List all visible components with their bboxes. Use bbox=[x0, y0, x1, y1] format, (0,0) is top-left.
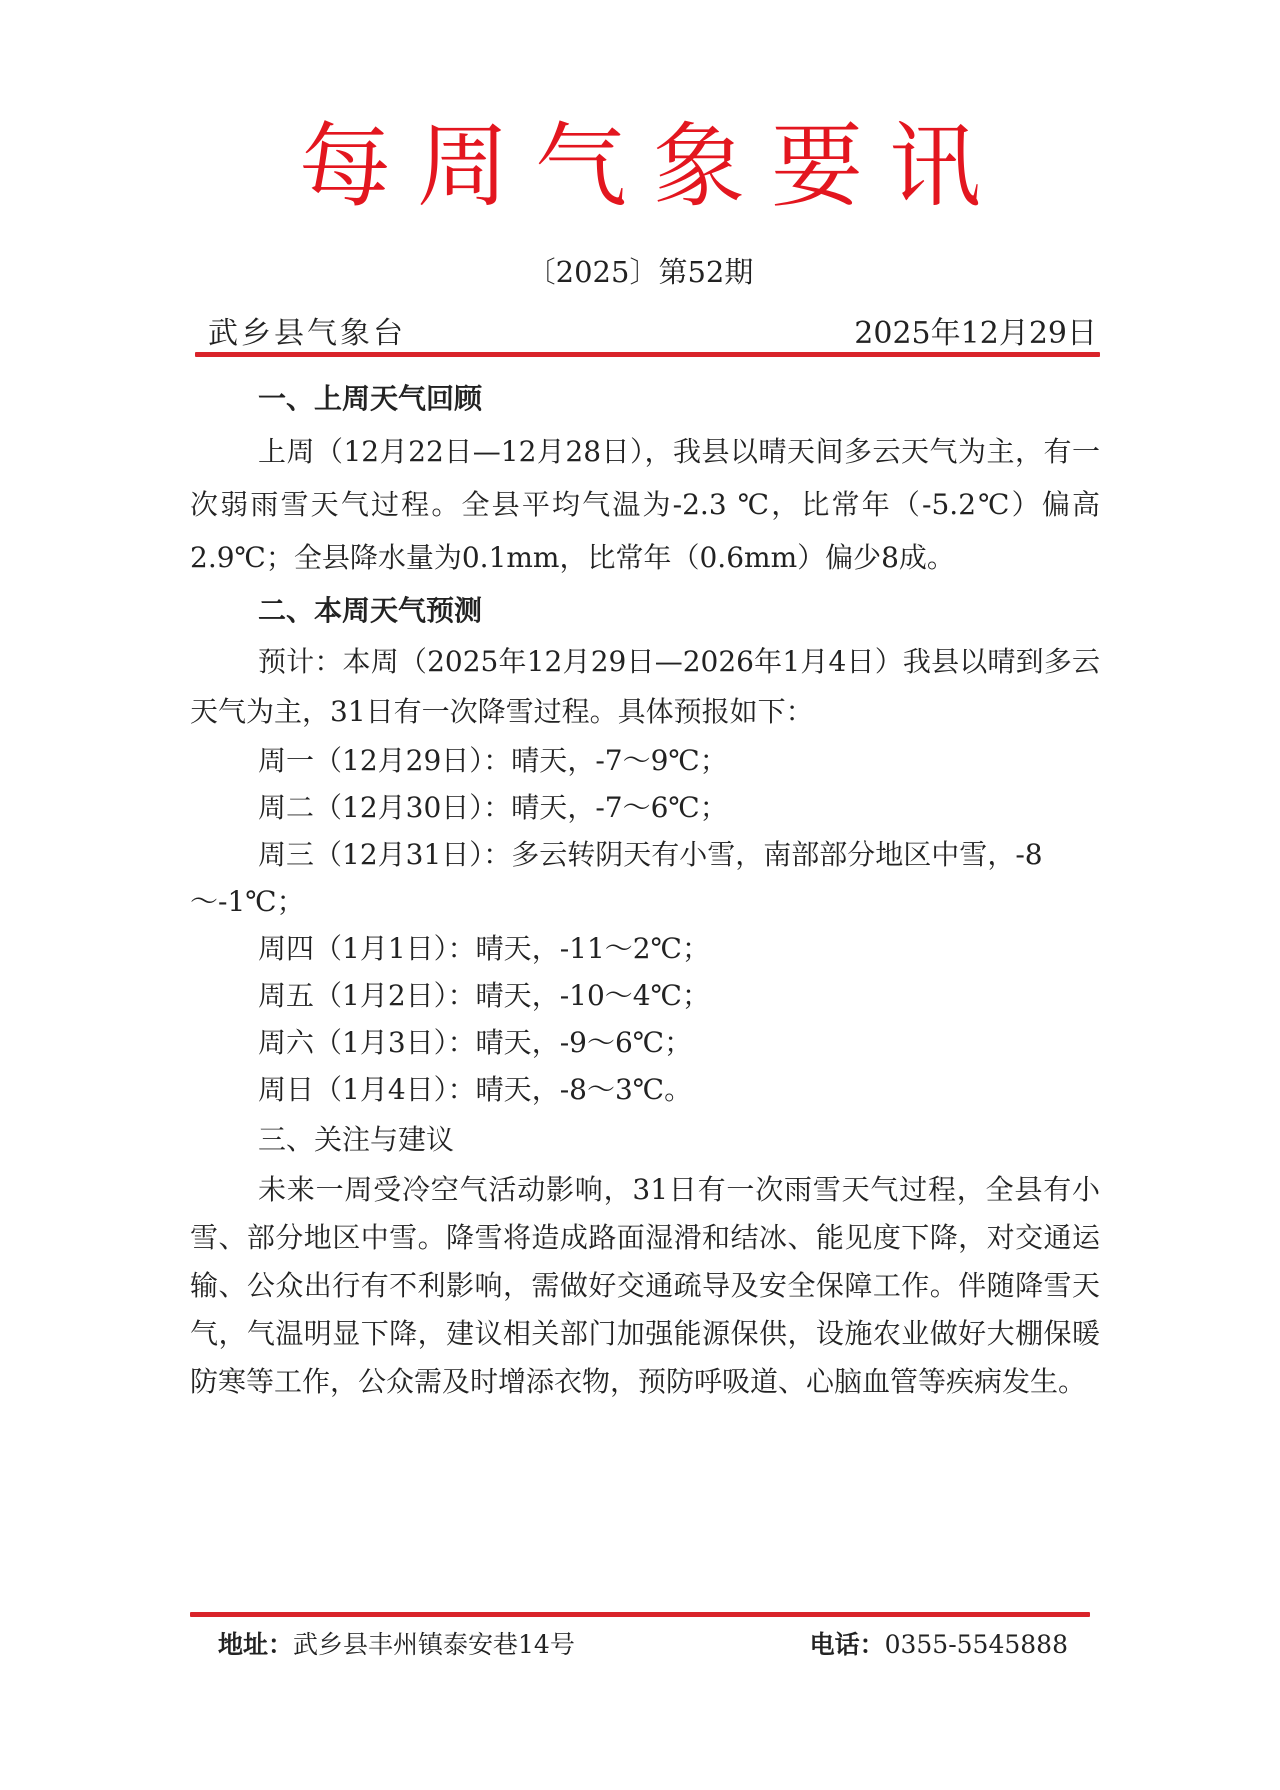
bulletin-body: 一、上周天气回顾 上周（12月22日—12月28日），我县以晴天间多云天气为主，… bbox=[190, 372, 1100, 1406]
review-paragraph: 上周（12月22日—12月28日），我县以晴天间多云天气为主，有一次弱雨雪天气过… bbox=[190, 425, 1100, 584]
forecast-item: 周日（1月4日）：晴天，-8～3℃。 bbox=[190, 1066, 1100, 1113]
forecast-temperature: -11～2℃ bbox=[560, 932, 682, 965]
forecast-punctuation: ； bbox=[664, 1026, 692, 1059]
issue-number: 〔2025〕第52期 bbox=[0, 250, 1280, 291]
header-divider bbox=[195, 352, 1100, 357]
forecast-intro: 预计：本周（2025年12月29日—2026年1月4日）我县以晴到多云天气为主，… bbox=[190, 637, 1100, 737]
forecast-weather: 晴天 bbox=[476, 932, 532, 965]
forecast-weather: 晴天 bbox=[476, 1026, 532, 1059]
forecast-item: 周五（1月2日）：晴天，-10～4℃； bbox=[190, 972, 1100, 1019]
forecast-item: 周三（12月31日）：多云转阴天有小雪，南部部分地区中雪，-8～-1℃； bbox=[190, 831, 1100, 925]
forecast-weather: 晴天 bbox=[476, 1073, 532, 1106]
forecast-day: 周五 bbox=[258, 979, 314, 1012]
forecast-weather: 多云转阴天有小雪，南部部分地区中雪 bbox=[511, 838, 987, 871]
forecast-punctuation: ； bbox=[700, 744, 728, 777]
forecast-list: 周一（12月29日）：晴天，-7～9℃；周二（12月30日）：晴天，-7～6℃；… bbox=[190, 737, 1100, 1113]
forecast-punctuation: ； bbox=[682, 932, 710, 965]
forecast-day: 周一 bbox=[258, 744, 314, 777]
address-label: 地址： bbox=[218, 1630, 293, 1659]
forecast-date: （12月31日） bbox=[314, 838, 483, 871]
issue-date: 2025年12月29日 bbox=[854, 308, 1097, 352]
forecast-item: 周一（12月29日）：晴天，-7～9℃； bbox=[190, 737, 1100, 784]
address-value: 武乡县丰州镇泰安巷14号 bbox=[293, 1630, 575, 1659]
footer: 地址：武乡县丰州镇泰安巷14号 电话：0355-5545888 bbox=[218, 1625, 1078, 1661]
forecast-temperature: -8～3℃ bbox=[560, 1073, 664, 1106]
forecast-item: 周四（1月1日）：晴天，-11～2℃； bbox=[190, 925, 1100, 972]
forecast-date: （1月3日） bbox=[314, 1026, 448, 1059]
footer-divider bbox=[190, 1612, 1090, 1617]
forecast-temperature: -7～9℃ bbox=[595, 744, 699, 777]
forecast-punctuation: ； bbox=[277, 885, 305, 918]
forecast-weather: 晴天 bbox=[511, 791, 567, 824]
issuing-organization: 武乡县气象台 bbox=[208, 308, 406, 352]
bulletin-title: 每周气象要讯 bbox=[0, 112, 1280, 222]
forecast-punctuation: ； bbox=[700, 791, 728, 824]
phone-value: 0355-5545888 bbox=[885, 1630, 1068, 1659]
forecast-date: （1月4日） bbox=[314, 1073, 448, 1106]
forecast-item: 周六（1月3日）：晴天，-9～6℃； bbox=[190, 1019, 1100, 1066]
section-heading-forecast: 二、本周天气预测 bbox=[190, 584, 1100, 637]
section-heading-review: 一、上周天气回顾 bbox=[190, 372, 1100, 425]
forecast-day: 周二 bbox=[258, 791, 314, 824]
section-heading-advice: 三、关注与建议 bbox=[190, 1113, 1100, 1166]
forecast-temperature: -10～4℃ bbox=[560, 979, 682, 1012]
forecast-weather: 晴天 bbox=[476, 979, 532, 1012]
forecast-day: 周日 bbox=[258, 1073, 314, 1106]
phone-block: 电话：0355-5545888 bbox=[810, 1625, 1068, 1661]
forecast-temperature: -9～6℃ bbox=[560, 1026, 664, 1059]
forecast-date: （12月29日） bbox=[314, 744, 483, 777]
forecast-day: 周六 bbox=[258, 1026, 314, 1059]
advice-paragraph: 未来一周受冷空气活动影响，31日有一次雨雪天气过程，全县有小雪、部分地区中雪。降… bbox=[190, 1166, 1100, 1406]
forecast-date: （1月2日） bbox=[314, 979, 448, 1012]
forecast-date: （12月30日） bbox=[314, 791, 483, 824]
address-block: 地址：武乡县丰州镇泰安巷14号 bbox=[218, 1625, 575, 1661]
forecast-day: 周三 bbox=[258, 838, 314, 871]
forecast-punctuation: 。 bbox=[664, 1073, 692, 1106]
forecast-temperature: -7～6℃ bbox=[595, 791, 699, 824]
forecast-weather: 晴天 bbox=[511, 744, 567, 777]
phone-label: 电话： bbox=[810, 1630, 885, 1659]
forecast-day: 周四 bbox=[258, 932, 314, 965]
forecast-item: 周二（12月30日）：晴天，-7～6℃； bbox=[190, 784, 1100, 831]
forecast-punctuation: ； bbox=[682, 979, 710, 1012]
forecast-date: （1月1日） bbox=[314, 932, 448, 965]
